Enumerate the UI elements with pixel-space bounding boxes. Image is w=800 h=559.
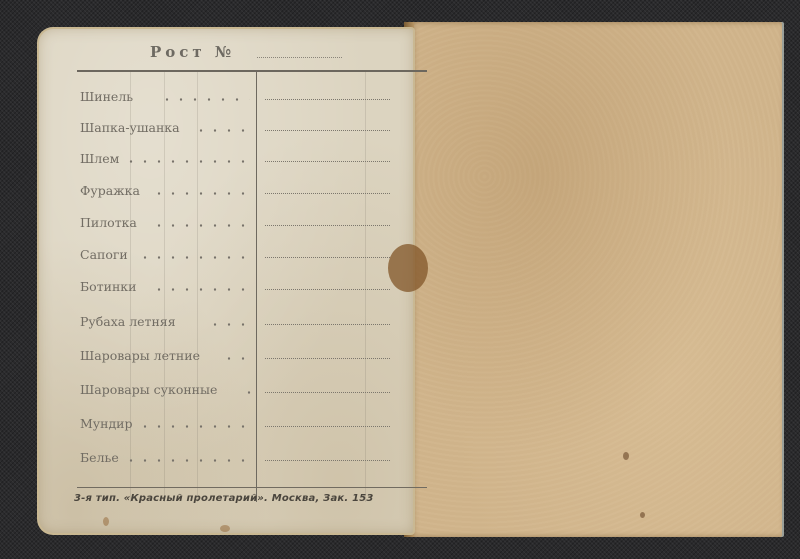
list-item: Шаровары суконные <box>37 382 415 402</box>
list-item: Рубаха летняя <box>37 314 415 334</box>
leader-dots <box>138 256 250 259</box>
list-item: Шинель <box>37 89 415 109</box>
item-entry-field[interactable] <box>265 358 390 359</box>
list-item: Пилотка <box>37 215 415 235</box>
item-label: Ботинки <box>80 279 136 294</box>
ink-stain <box>623 452 629 460</box>
leader-dots <box>194 129 250 132</box>
item-entry-field[interactable] <box>265 225 390 226</box>
item-label: Шинель <box>80 89 133 104</box>
item-entry-field[interactable] <box>265 289 390 290</box>
list-item: Шапка-ушанка <box>37 120 415 140</box>
item-label: Шаровары суконные <box>80 382 217 397</box>
age-stain <box>220 525 230 532</box>
open-booklet: Рост № Шинель Шапка-ушанка Шлем <box>0 0 800 559</box>
right-page-blank <box>410 22 782 537</box>
item-label: Шапка-ушанка <box>80 120 180 135</box>
item-label: Белье <box>80 450 119 465</box>
leader-dots <box>242 391 252 394</box>
printer-imprint: 3-я тип. «Красный пролетарий». Москва, З… <box>74 493 374 504</box>
item-entry-field[interactable] <box>265 257 390 258</box>
list-item: Белье <box>37 450 415 470</box>
item-label: Рубаха летняя <box>80 314 176 329</box>
item-label: Шаровары летние <box>80 348 200 363</box>
leader-dots <box>222 357 250 360</box>
item-label: Мундир <box>80 416 133 431</box>
bottom-rule <box>77 487 427 488</box>
leader-dots <box>124 459 250 462</box>
page-title: Рост № <box>150 43 235 61</box>
leader-dots <box>208 323 250 326</box>
height-number-field[interactable] <box>257 57 342 58</box>
tab-stain <box>388 244 428 292</box>
list-item: Фуражка <box>37 183 415 203</box>
leader-dots <box>138 425 250 428</box>
leader-dots <box>152 224 250 227</box>
list-item: Шаровары летние <box>37 348 415 368</box>
item-label: Сапоги <box>80 247 128 262</box>
item-entry-field[interactable] <box>265 130 390 131</box>
leader-dots <box>152 192 250 195</box>
item-entry-field[interactable] <box>265 161 390 162</box>
item-entry-field[interactable] <box>265 99 390 100</box>
item-entry-field[interactable] <box>265 324 390 325</box>
item-entry-field[interactable] <box>265 426 390 427</box>
list-item: Ботинки <box>37 279 415 299</box>
leader-dots <box>124 160 250 163</box>
item-entry-field[interactable] <box>265 392 390 393</box>
left-page: Рост № Шинель Шапка-ушанка Шлем <box>37 27 415 535</box>
item-entry-field[interactable] <box>265 460 390 461</box>
list-item: Мундир <box>37 416 415 436</box>
list-item: Сапоги <box>37 247 415 267</box>
item-label: Фуражка <box>80 183 140 198</box>
item-label: Шлем <box>80 151 119 166</box>
item-entry-field[interactable] <box>265 193 390 194</box>
age-stain <box>103 517 109 526</box>
list-item: Шлем <box>37 151 415 171</box>
item-label: Пилотка <box>80 215 137 230</box>
leader-dots <box>152 288 250 291</box>
ink-stain <box>640 512 645 518</box>
leader-dots <box>160 98 250 101</box>
